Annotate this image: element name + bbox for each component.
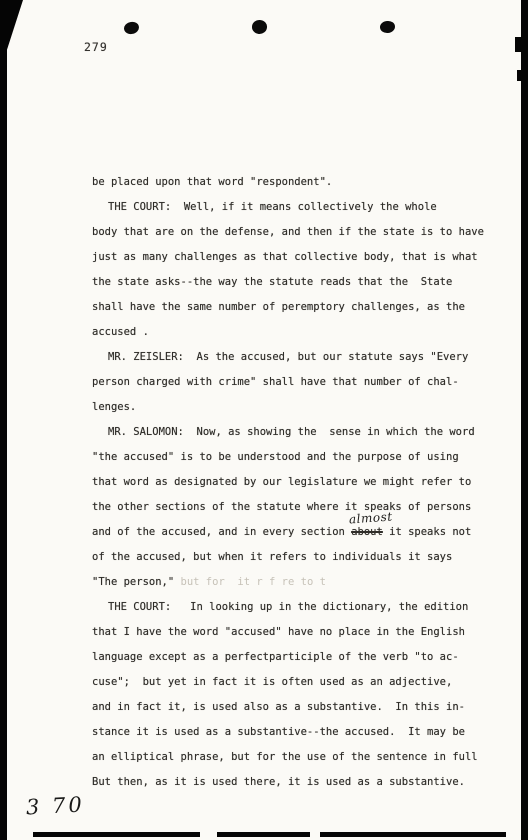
faded-erased-text: but for it r f re to t	[174, 576, 326, 588]
transcript-line: "the accused" is to be understood and th…	[92, 445, 492, 470]
transcript-line: an elliptical phrase, but for the use of…	[92, 745, 492, 770]
page-number: 279	[84, 40, 108, 54]
transcript-line: THE COURT: Well, if it means collectivel…	[92, 195, 492, 220]
transcript-line: stance it is used as a substantive--the …	[92, 720, 492, 745]
transcript-line: THE COURT: In looking up in the dictiona…	[92, 595, 492, 620]
transcript-line: accused .	[92, 320, 492, 345]
scanned-transcript-page: 279 be placed upon that word "respondent…	[0, 0, 528, 840]
transcript-line: and in fact it, is used also as a substa…	[92, 695, 492, 720]
hole-punch-dot-icon	[251, 19, 267, 34]
transcript-line: be placed upon that word "respondent".	[92, 170, 492, 195]
transcript-line: of the accused, but when it refers to in…	[92, 545, 492, 570]
transcript-line: just as many challenges as that collecti…	[92, 245, 492, 270]
scan-corner-top-left	[0, 0, 23, 50]
transcript-line: that word as designated by our legislatu…	[92, 470, 492, 495]
transcript-line: But then, as it is used there, it is use…	[92, 770, 492, 795]
transcript-line: MR. ZEISLER: As the accused, but our sta…	[92, 345, 492, 370]
scan-edge-mark	[517, 70, 521, 81]
transcript-line: the other sections of the statute where …	[92, 495, 492, 520]
hole-punch-dot-icon	[380, 20, 396, 33]
handwritten-insert: almost	[348, 505, 393, 533]
transcript-line: and of the accused, and in every section…	[92, 520, 492, 545]
transcript-line: lenges.	[92, 395, 492, 420]
transcript-line: MR. SALOMON: Now, as showing the sense i…	[92, 420, 492, 445]
scan-edge-left	[0, 0, 7, 840]
transcript-line: cuse"; but yet in fact it is often used …	[92, 670, 492, 695]
transcript-line: shall have the same number of peremptory…	[92, 295, 492, 320]
transcript-line: the state asks--the way the statute read…	[92, 270, 492, 295]
transcript-line: language except as a perfectparticiple o…	[92, 645, 492, 670]
transcript-line: body that are on the defense, and then i…	[92, 220, 492, 245]
transcript-line: that I have the word "accused" have no p…	[92, 620, 492, 645]
scan-bottom-bar	[33, 832, 200, 837]
transcript: be placed upon that word "respondent".TH…	[92, 170, 492, 795]
transcript-line: person charged with crime" shall have th…	[92, 370, 492, 395]
handwritten-folio-number: 3 70	[25, 792, 85, 819]
scan-edge-mark	[515, 37, 521, 52]
scan-bottom-bar	[320, 832, 506, 837]
scan-bottom-bar	[217, 832, 310, 837]
transcript-line: "The person," but for it r f re to t	[92, 570, 492, 595]
hole-punch-dot-icon	[123, 21, 140, 35]
scan-edge-right	[521, 0, 528, 840]
